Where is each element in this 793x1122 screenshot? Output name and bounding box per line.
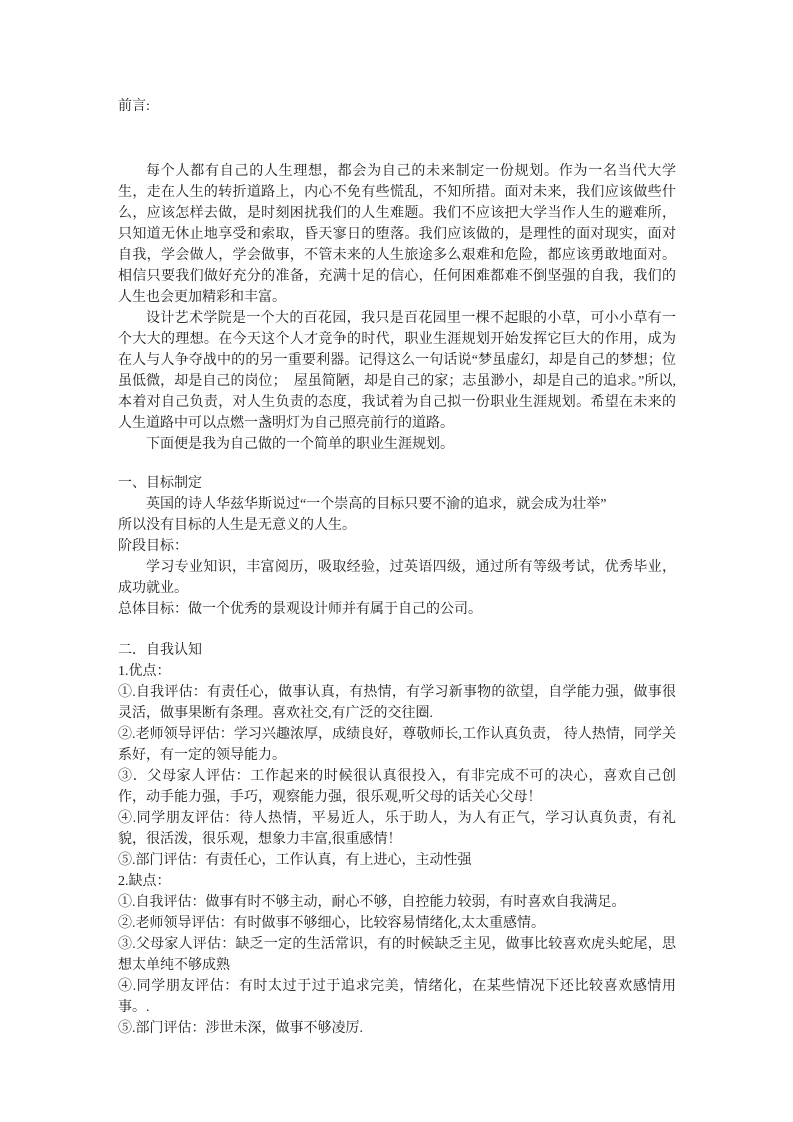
stage-goal-text: 学习专业知识，丰富阅历，吸取经验，过英语四级，通过所有等级考试，优秀毕业，成功就… [118, 557, 676, 599]
preface-label: 前言: [118, 96, 676, 117]
intro-paragraph-2: 设计艺术学院是一个大的百花园，我只是百花园里一棵不起眼的小草，可小小草有一个大大… [118, 308, 676, 434]
overall-goal-text: 总体目标：做一个优秀的景观设计师并有属于自己的公司。 [118, 599, 676, 620]
strength-item-5: ⑤.部门评估：有责任心，工作认真，有上进心，主动性强 [118, 850, 676, 871]
goal-section-heading: 一、目标制定 [118, 473, 676, 494]
weakness-item-4: ④.同学朋友评估：有时太过于过于追求完美，情绪化，在某些情况下还比较喜欢感情用事… [118, 976, 676, 1018]
weakness-item-5: ⑤.部门评估：涉世未深，做事不够凌厉. [118, 1018, 676, 1039]
weakness-item-3: ③.父母家人评估：缺乏一定的生活常识，有的时候缺乏主见，做事比较喜欢虎头蛇尾，思… [118, 934, 676, 976]
document-body: 前言: 每个人都有自己的人生理想，都会为自己的未来制定一份规划。作为一名当代大学… [118, 96, 676, 1039]
strength-item-3: ③．父母家人评估：工作起来的时候很认真很投入，有非完成不可的决心，喜欢自己创作，… [118, 766, 676, 808]
strength-item-1: ①.自我评估：有责任心，做事认真，有热情，有学习新事物的欲望，自学能力强，做事很… [118, 682, 676, 724]
self-awareness-heading: 二．自我认知 [118, 640, 676, 661]
strength-item-4: ④.同学朋友评估：待人热情，平易近人，乐于助人，为人有正气，学习认真负责，有礼貌… [118, 808, 676, 850]
weaknesses-label: 2.缺点： [118, 871, 676, 892]
no-goal-conclusion-line: 所以没有目标的人生是无意义的人生。 [118, 515, 676, 536]
strength-item-2: ②.老师领导评估：学习兴趣浓厚，成绩良好，尊敬师长,工作认真负责， 待人热情，同… [118, 724, 676, 766]
weakness-item-1: ①.自我评估：做事有时不够主动，耐心不够，自控能力较弱，有时喜欢自我满足。 [118, 892, 676, 913]
document-page: 前言: 每个人都有自己的人生理想，都会为自己的未来制定一份规划。作为一名当代大学… [0, 0, 793, 1122]
wordsworth-quote-line: 英国的诗人华兹华斯说过“一个崇高的目标只要不渝的追求，就会成为壮举” [118, 494, 676, 515]
plan-lead-in: 下面便是我为自己做的一个简单的职业生涯规划。 [118, 434, 676, 455]
stage-goal-label: 阶段目标： [118, 536, 676, 557]
intro-paragraph-1: 每个人都有自己的人生理想，都会为自己的未来制定一份规划。作为一名当代大学生，走在… [118, 161, 676, 308]
weakness-item-2: ②.老师领导评估：有时做事不够细心，比较容易情绪化,太太重感情。 [118, 913, 676, 934]
strengths-label: 1.优点： [118, 661, 676, 682]
